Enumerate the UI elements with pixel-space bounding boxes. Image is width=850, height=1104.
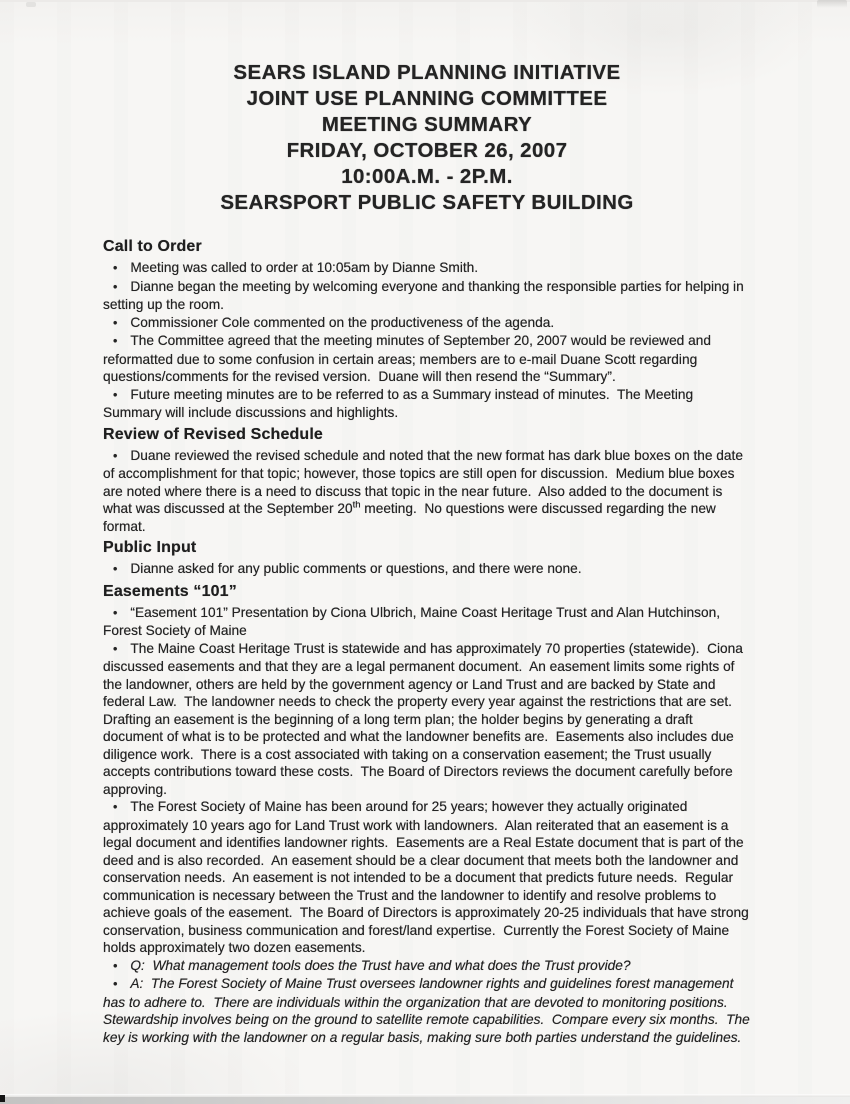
bullet-text: The Committee agreed that the meeting mi… bbox=[103, 333, 715, 384]
bullet-icon: • bbox=[113, 280, 117, 294]
scan-artifact-bottom-shadow bbox=[0, 1094, 850, 1097]
bullet-icon: • bbox=[113, 388, 117, 402]
bullet-icon: • bbox=[113, 449, 117, 463]
bullet-text: Dianne asked for any public comments or … bbox=[130, 561, 581, 576]
title-line-committee: JOINT USE PLANNING COMMITTEE bbox=[103, 86, 751, 112]
ordinal-superscript: th bbox=[353, 499, 361, 510]
title-line-location: SEARSPORT PUBLIC SAFETY BUILDING bbox=[103, 190, 751, 216]
bullet-icon: • bbox=[113, 316, 117, 330]
section-heading-easements-101: Easements “101” bbox=[103, 582, 751, 602]
section-review-of-revised-schedule: Review of Revised Schedule •Duane review… bbox=[103, 425, 751, 536]
scanned-page: SEARS ISLAND PLANNING INITIATIVE JOINT U… bbox=[0, 0, 850, 1104]
scan-artifact-top-right-smudge bbox=[817, 0, 847, 8]
question-text: Q: What management tools does the Trust … bbox=[130, 958, 630, 973]
document-title: SEARS ISLAND PLANNING INITIATIVE JOINT U… bbox=[103, 60, 751, 216]
bullet-item-question: •Q: What management tools does the Trust… bbox=[103, 957, 751, 976]
section-public-input: Public Input •Dianne asked for any publi… bbox=[103, 538, 751, 579]
title-line-time: 10:00A.M. - 2P.M. bbox=[103, 164, 751, 190]
section-heading-call-to-order: Call to Order bbox=[103, 237, 751, 257]
bullet-item: •The Forest Society of Maine has been ar… bbox=[103, 798, 751, 957]
bullet-icon: • bbox=[113, 562, 117, 576]
bullet-text: “Easement 101” Presentation by Ciona Ulb… bbox=[103, 605, 724, 639]
bullet-item: •Dianne began the meeting by welcoming e… bbox=[103, 278, 751, 314]
bullet-text: Commissioner Cole commented on the produ… bbox=[130, 315, 554, 330]
bullet-item: •The Maine Coast Heritage Trust is state… bbox=[103, 640, 751, 799]
answer-text: A: The Forest Society of Maine Trust ove… bbox=[103, 976, 754, 1045]
bullet-icon: • bbox=[113, 977, 117, 991]
bullet-item: •“Easement 101” Presentation by Ciona Ul… bbox=[103, 604, 751, 640]
bullet-icon: • bbox=[113, 959, 117, 973]
scan-artifact-bottom-bar bbox=[0, 1097, 850, 1104]
document-body: SEARS ISLAND PLANNING INITIATIVE JOINT U… bbox=[103, 0, 751, 1046]
section-heading-review-of-revised-schedule: Review of Revised Schedule bbox=[103, 425, 751, 445]
bullet-item: •Meeting was called to order at 10:05am … bbox=[103, 259, 751, 278]
section-easements-101: Easements “101” •“Easement 101” Presenta… bbox=[103, 582, 751, 1047]
bullet-text: Meeting was called to order at 10:05am b… bbox=[130, 260, 478, 275]
bullet-text: The Maine Coast Heritage Trust is statew… bbox=[103, 641, 747, 797]
bullet-icon: • bbox=[113, 642, 117, 656]
bullet-text: The Forest Society of Maine has been aro… bbox=[103, 799, 753, 955]
bullet-item: •The Committee agreed that the meeting m… bbox=[103, 332, 751, 386]
bullet-item: •Dianne asked for any public comments or… bbox=[103, 560, 751, 579]
bullet-item: •Commissioner Cole commented on the prod… bbox=[103, 314, 751, 333]
bullet-item: •Duane reviewed the revised schedule and… bbox=[103, 447, 751, 536]
bullet-icon: • bbox=[113, 334, 117, 348]
bullet-item-answer: •A: The Forest Society of Maine Trust ov… bbox=[103, 975, 751, 1046]
scan-artifact-top-left-smudge bbox=[26, 2, 36, 7]
title-line-date: FRIDAY, OCTOBER 26, 2007 bbox=[103, 138, 751, 164]
bullet-text: Future meeting minutes are to be referre… bbox=[103, 387, 697, 421]
bullet-text: Dianne began the meeting by welcoming ev… bbox=[103, 279, 748, 313]
section-heading-public-input: Public Input bbox=[103, 538, 751, 558]
bullet-icon: • bbox=[113, 261, 117, 275]
bullet-icon: • bbox=[113, 606, 117, 620]
scan-artifact-bottom-left-mark bbox=[0, 1095, 5, 1102]
title-line-initiative: SEARS ISLAND PLANNING INITIATIVE bbox=[103, 60, 751, 86]
title-line-summary: MEETING SUMMARY bbox=[103, 112, 751, 138]
section-call-to-order: Call to Order •Meeting was called to ord… bbox=[103, 237, 751, 422]
bullet-item: •Future meeting minutes are to be referr… bbox=[103, 386, 751, 422]
bullet-icon: • bbox=[113, 800, 117, 814]
